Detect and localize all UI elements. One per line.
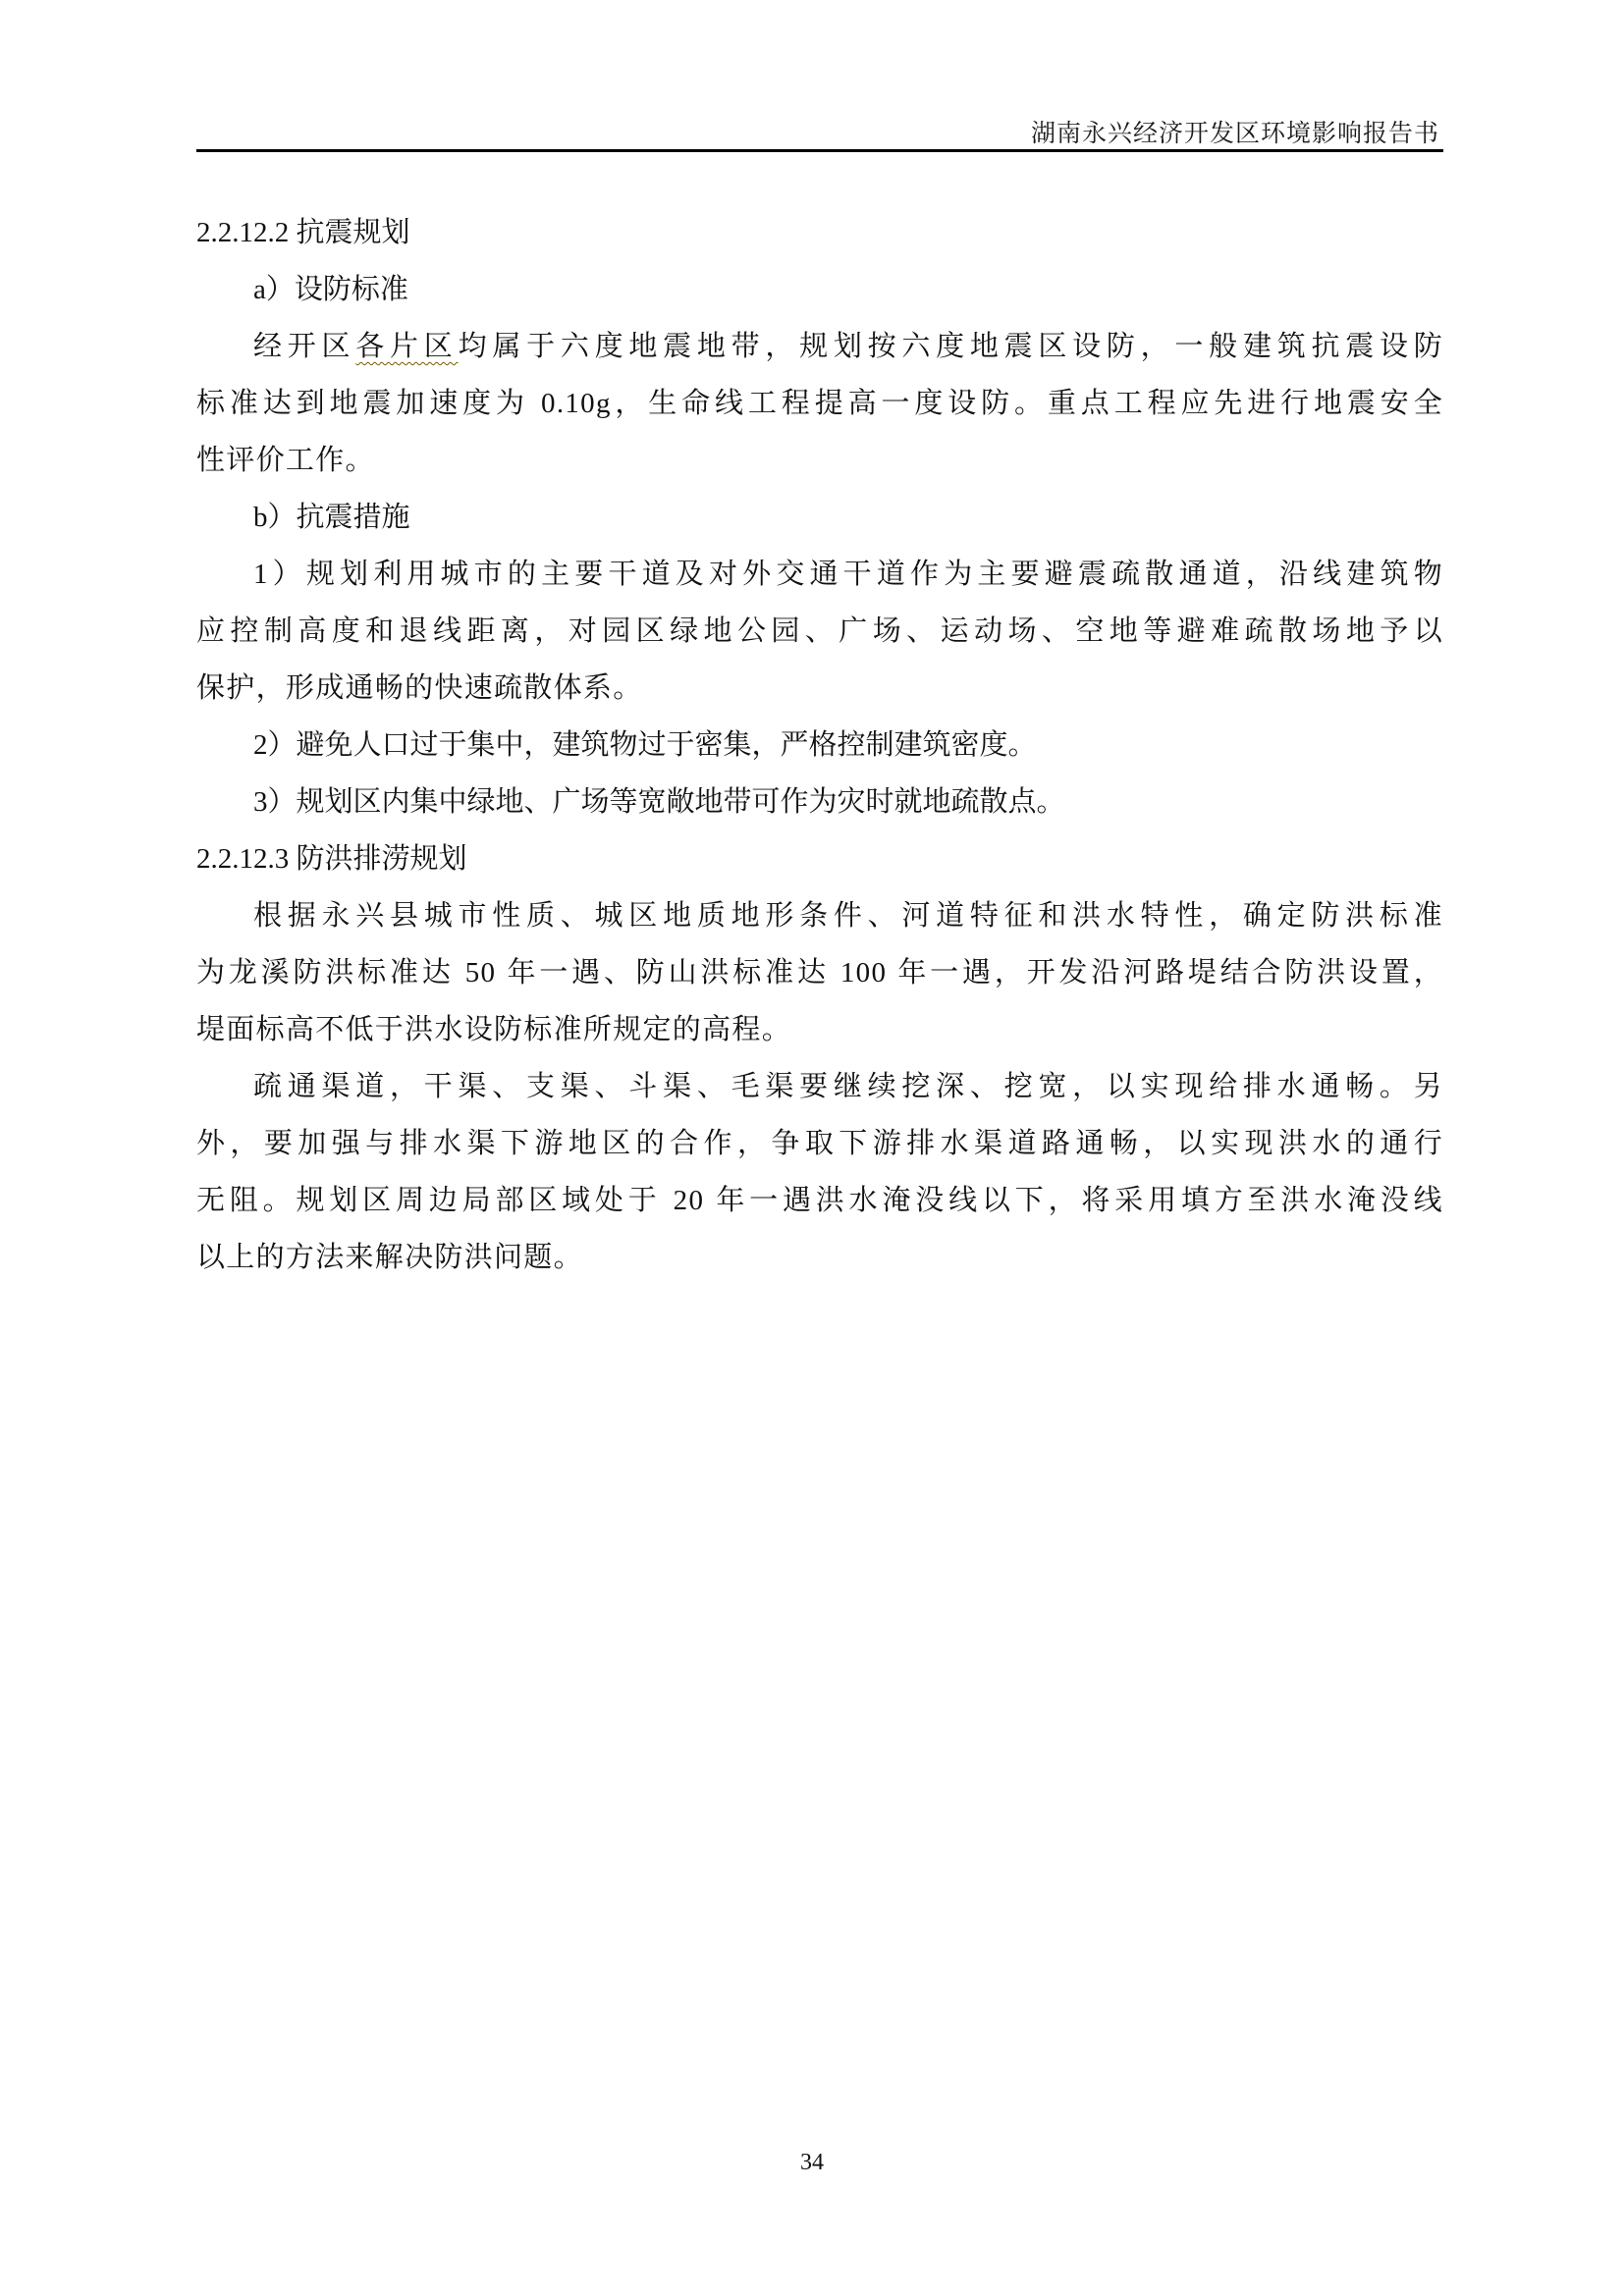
- paragraph-line: 无阻。规划区周边局部区域处于 20 年一遇洪水淹没线以下，将采用填方至洪水淹没线: [196, 1172, 1443, 1229]
- paragraph-line: 性评价工作。: [196, 432, 1443, 489]
- paragraph-line: 1）规划利用城市的主要干道及对外交通干道作为主要避震疏散通道，沿线建筑物: [196, 546, 1443, 603]
- page-number: 34: [0, 2150, 1624, 2176]
- list-item-density-control: 2）避免人口过于集中，建筑物过于密集，严格控制建筑密度。: [196, 717, 1443, 774]
- section-heading-seismic-planning: 2.2.12.2 抗震规划: [196, 204, 1443, 261]
- grammar-underline-text: 各片区: [355, 331, 458, 362]
- paragraph-line: 经开区各片区均属于六度地震地带，规划按六度地震区设防，一般建筑抗震设防: [196, 318, 1443, 375]
- subheading-seismic-measures: b）抗震措施: [196, 489, 1443, 546]
- paragraph-line: 以上的方法来解决防洪问题。: [196, 1229, 1443, 1286]
- header-divider: [196, 149, 1443, 152]
- paragraph-line: 疏通渠道，干渠、支渠、斗渠、毛渠要继续挖深、挖宽，以实现给排水通畅。另: [196, 1058, 1443, 1115]
- text-span: 均属于六度地震地带，规划按六度地震区设防，一般建筑抗震设防: [459, 331, 1443, 362]
- list-item-evacuation-points: 3）规划区内集中绿地、广场等宽敞地带可作为灾时就地疏散点。: [196, 774, 1443, 830]
- paragraph-line: 应控制高度和退线距离，对园区绿地公园、广场、运动场、空地等避难疏散场地予以: [196, 603, 1443, 660]
- paragraph-line: 根据永兴县城市性质、城区地质地形条件、河道特征和洪水特性，确定防洪标准: [196, 887, 1443, 944]
- paragraph-drainage: 疏通渠道，干渠、支渠、斗渠、毛渠要继续挖深、挖宽，以实现给排水通畅。另 外，要加…: [196, 1058, 1443, 1286]
- paragraph-fortification-standard: 经开区各片区均属于六度地震地带，规划按六度地震区设防，一般建筑抗震设防 标准达到…: [196, 318, 1443, 489]
- paragraph-flood-standard: 根据永兴县城市性质、城区地质地形条件、河道特征和洪水特性，确定防洪标准 为龙溪防…: [196, 887, 1443, 1058]
- paragraph-line: 堤面标高不低于洪水设防标准所规定的高程。: [196, 1001, 1443, 1058]
- list-item-evacuation-routes: 1）规划利用城市的主要干道及对外交通干道作为主要避震疏散通道，沿线建筑物 应控制…: [196, 546, 1443, 717]
- section-heading-flood-control: 2.2.12.3 防洪排涝规划: [196, 830, 1443, 887]
- text-span: 经开区: [253, 331, 355, 362]
- paragraph-line: 外，要加强与排水渠下游地区的合作，争取下游排水渠道路通畅，以实现洪水的通行: [196, 1115, 1443, 1172]
- page-header: 湖南永兴经济开发区环境影响报告书: [196, 110, 1443, 153]
- paragraph-line: 为龙溪防洪标准达 50 年一遇、防山洪标准达 100 年一遇，开发沿河路堤结合防…: [196, 944, 1443, 1001]
- subheading-fortification-standard: a）设防标准: [196, 261, 1443, 318]
- document-title: 湖南永兴经济开发区环境影响报告书: [1031, 114, 1439, 149]
- page-body: 2.2.12.2 抗震规划 a）设防标准 经开区各片区均属于六度地震地带，规划按…: [196, 204, 1443, 1286]
- paragraph-line: 标准达到地震加速度为 0.10g，生命线工程提高一度设防。重点工程应先进行地震安…: [196, 375, 1443, 432]
- paragraph-line: 保护，形成通畅的快速疏散体系。: [196, 660, 1443, 717]
